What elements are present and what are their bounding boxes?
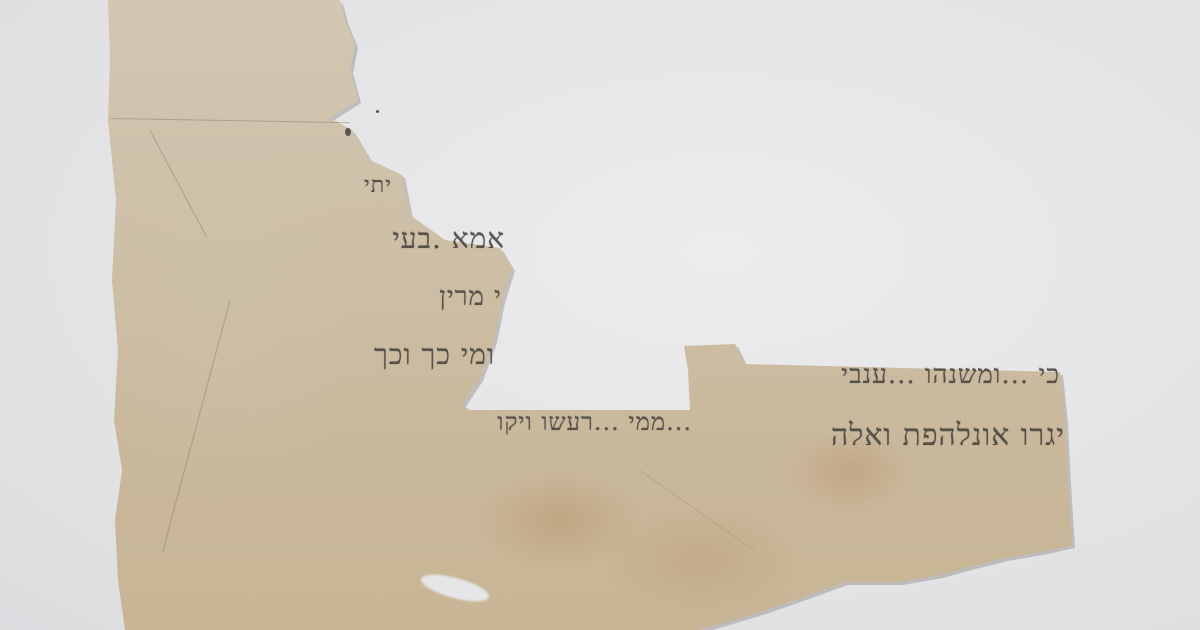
- text-line-5: ...ממי ...רעשו ויקו: [497, 408, 692, 437]
- text-line-3: י מרין: [439, 282, 502, 312]
- text-line-6: כי ...ומשנהו ...ענבי: [841, 360, 1060, 390]
- text-line-7: יגרו אונלהפת ואלה: [831, 418, 1065, 453]
- ink-speck: [376, 110, 379, 113]
- text-line-4: ומי כך וכך: [374, 338, 495, 372]
- text-line-2: אמא .בעי: [392, 222, 505, 256]
- text-line-1: יתי: [364, 172, 392, 198]
- ink-speck: [345, 128, 351, 136]
